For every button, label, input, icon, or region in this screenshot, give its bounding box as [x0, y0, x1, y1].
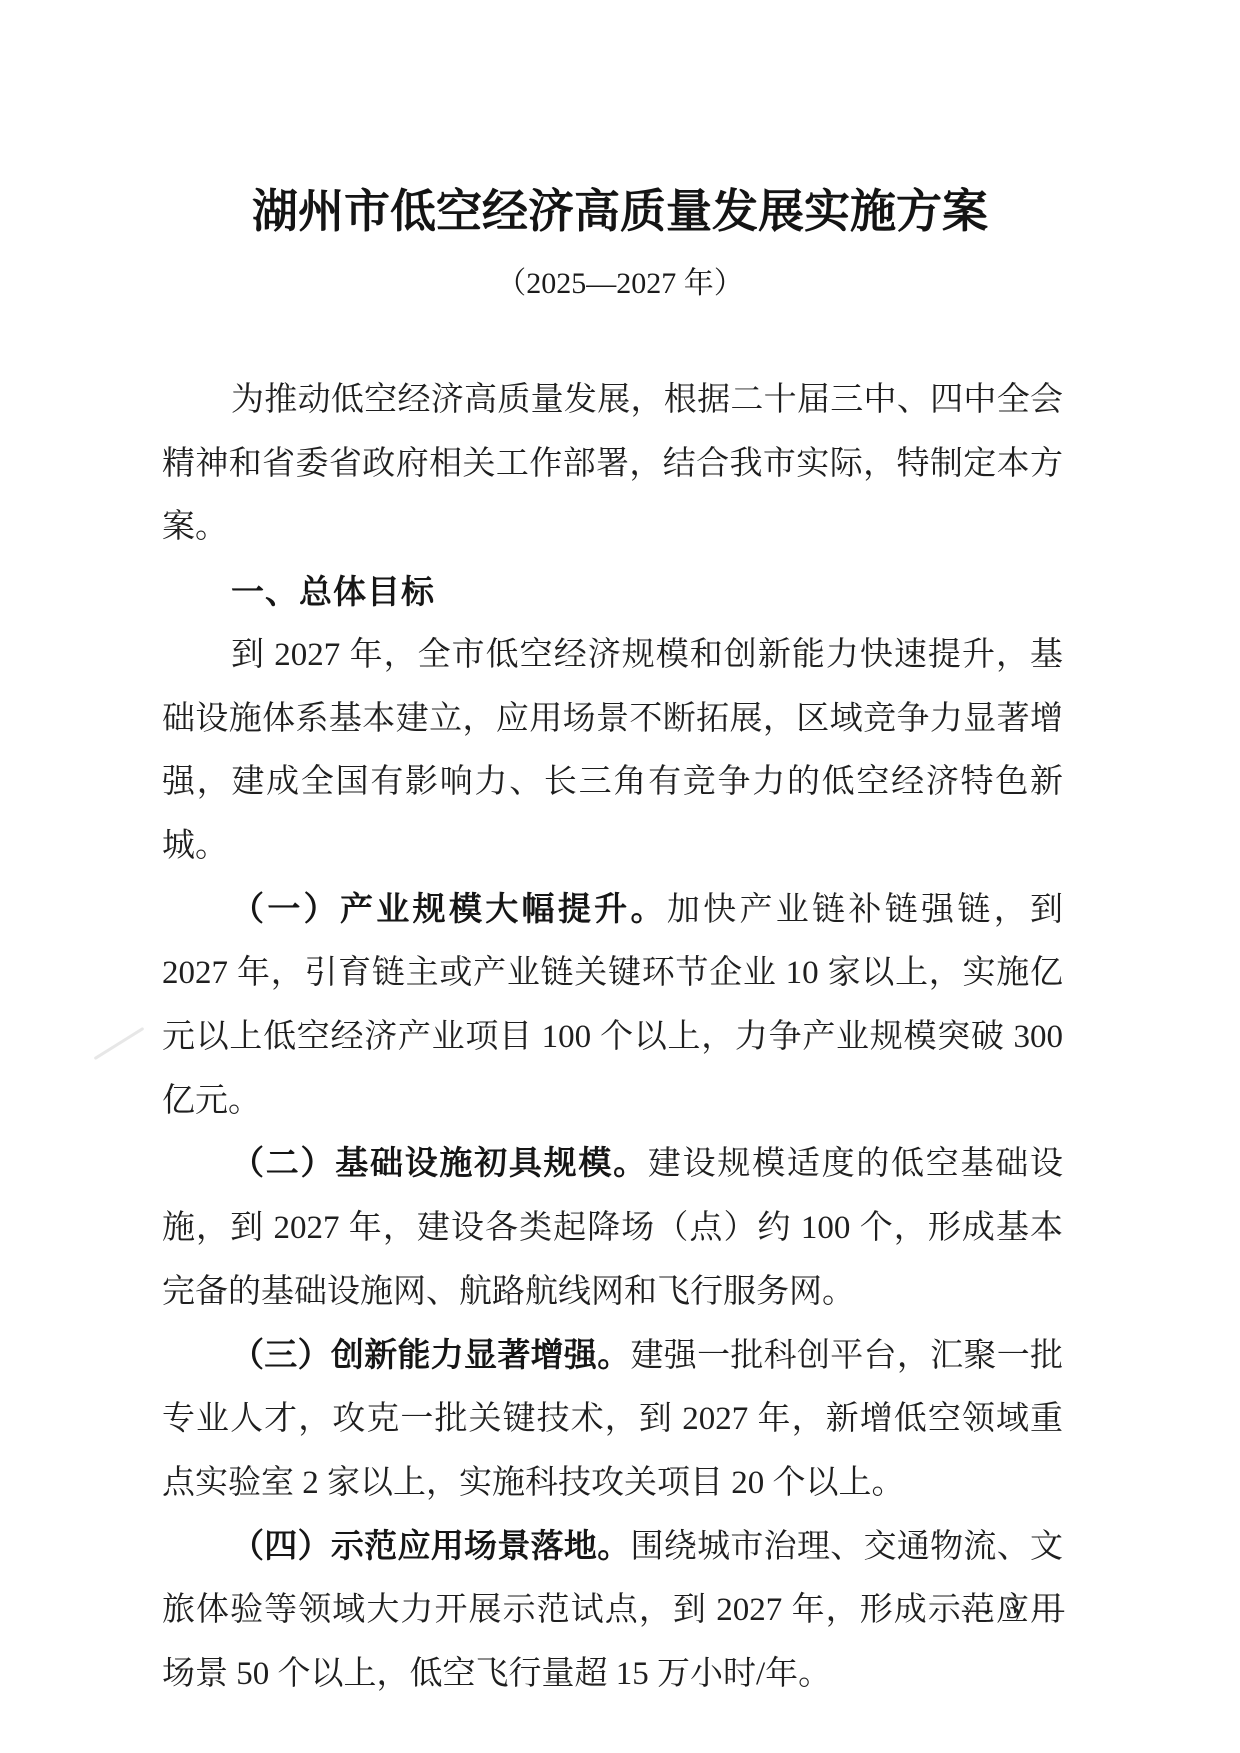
paragraph-text: 到 2027 年，全市低空经济规模和创新能力快速提升，基础设施体系基本建立，应用… — [162, 637, 1063, 864]
scan-artifact — [94, 1027, 145, 1060]
document-title: 湖州市低空经济高质量发展实施方案 — [0, 186, 1240, 239]
paragraph: （三）创新能力显著增强。建强一批科创平台，汇聚一批专业人才，攻克一批关键技术，到… — [162, 1325, 1063, 1516]
paragraph: 一、总体目标 — [162, 560, 1063, 624]
paragraph-lead: （四）示范应用场景落地。 — [231, 1529, 631, 1565]
paragraph-lead: 一、总体目标 — [231, 573, 435, 610]
paragraph: （一）产业规模大幅提升。加快产业链补链强链，到 2027 年，引育链主或产业链关… — [162, 879, 1063, 1134]
document-page: 湖州市低空经济高质量发展实施方案 （2025—2027 年） 为推动低空经济高质… — [0, 0, 1240, 1753]
paragraph-lead: （一）产业规模大幅提升。 — [231, 892, 667, 928]
page-number: — 3 — — [962, 1592, 1067, 1626]
paragraph: 为推动低空经济高质量发展，根据二十届三中、四中全会精神和省委省政府相关工作部署，… — [162, 369, 1063, 560]
document-body: 为推动低空经济高质量发展，根据二十届三中、四中全会精神和省委省政府相关工作部署，… — [162, 369, 1063, 1707]
document-subtitle: （2025—2027 年） — [0, 266, 1240, 302]
paragraph-text: 为推动低空经济高质量发展，根据二十届三中、四中全会精神和省委省政府相关工作部署，… — [162, 382, 1063, 545]
paragraph: （四）示范应用场景落地。围绕城市治理、交通物流、文旅体验等领域大力开展示范试点，… — [162, 1516, 1063, 1707]
paragraph-lead: （三）创新能力显著增强。 — [231, 1338, 631, 1374]
paragraph: 到 2027 年，全市低空经济规模和创新能力快速提升，基础设施体系基本建立，应用… — [162, 624, 1063, 879]
paragraph: （二）基础设施初具规模。建设规模适度的低空基础设施，到 2027 年，建设各类起… — [162, 1133, 1063, 1324]
paragraph-lead: （二）基础设施初具规模。 — [231, 1146, 648, 1182]
